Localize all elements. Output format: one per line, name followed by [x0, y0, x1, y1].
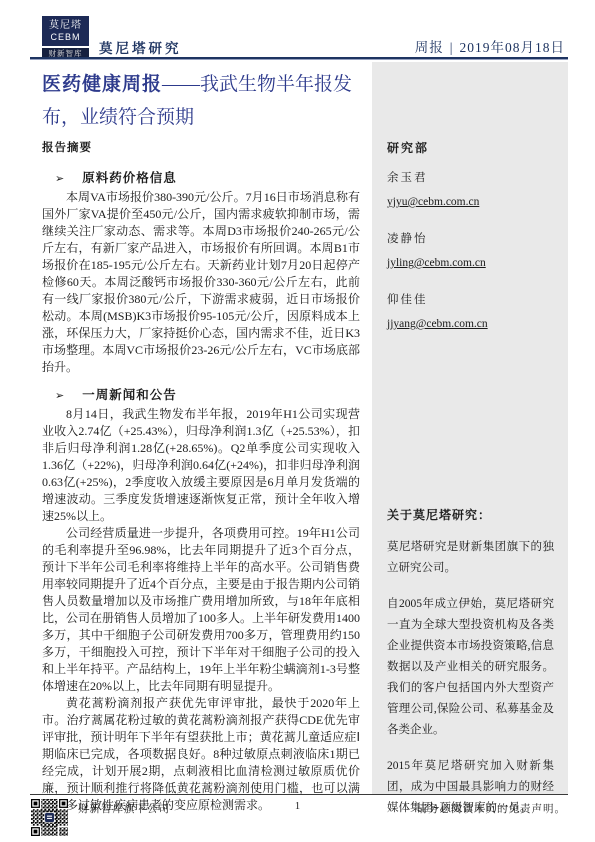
analyst-name: 仰佳佳: [387, 291, 554, 307]
arrow-bullet-icon: ➢: [55, 172, 65, 185]
arrow-bullet-icon: ➢: [55, 389, 65, 402]
page-title-main: 医药健康周报: [42, 74, 162, 95]
footer-disclaimer: 请务必阅读末页的免责声明。: [417, 801, 567, 816]
info-sidebar: 研究部 余玉君 yjyu@cebm.com.cn 凌静怡 jyling@cebm…: [372, 62, 568, 794]
report-paragraph: 公司经营质量进一步提升，各项费用可控。19年H1公司的毛利率提升至96.98%，…: [42, 525, 360, 695]
analyst-email-link[interactable]: jyling@cebm.com.cn: [387, 257, 486, 269]
header-divider: [30, 57, 568, 60]
report-paragraph: 本周VA市场报价380-390元/公斤。7月16日市场消息称有国外厂家VA提价至…: [42, 189, 360, 376]
department-heading: 研究部: [387, 139, 554, 156]
section-title: 一周新闻和公告: [82, 385, 177, 403]
about-paragraph: 自2005年成立伊始，莫尼塔研究一直为全球大型投资机构及各类企业提供资本市场投资…: [387, 594, 554, 741]
logo-text-en: CEBM: [42, 32, 89, 43]
separator: |: [450, 40, 454, 55]
contact-card: 余玉君 yjyu@cebm.com.cn: [387, 169, 554, 210]
report-paragraph: 8月14日，我武生物发布半年报，2019年H1公司实现营业收入2.74亿（+25…: [42, 406, 360, 525]
analyst-name: 凌静怡: [387, 230, 554, 246]
analyst-email-link[interactable]: yjyu@cebm.com.cn: [387, 196, 479, 208]
report-paragraph: 黄花蒿粉滴剂报产获优先审评审批，最快于2020年上市。治疗蒿属花粉过敏的黄花蒿粉…: [42, 695, 360, 814]
report-page: 莫尼塔 CEBM 财新智库 莫尼塔研究 周报|2019年08月18日 医药健康周…: [0, 0, 595, 842]
report-meta: 周报|2019年08月18日: [415, 36, 565, 56]
logo-text-cn: 莫尼塔: [42, 20, 89, 32]
logo-mark: 莫尼塔 CEBM: [42, 16, 89, 46]
brand-name: 莫尼塔研究: [99, 37, 182, 57]
report-type: 周报: [415, 40, 444, 55]
section-heading-news: ➢ 一周新闻和公告: [42, 385, 360, 403]
analyst-email-link[interactable]: jjyang@cebm.com.cn: [387, 318, 488, 330]
page-title: 医药健康周报——我武生物半年报发布，业绩符合预期: [42, 68, 364, 134]
section-heading-prices: ➢ 原料药价格信息: [42, 168, 360, 186]
report-body: 报告摘要 ➢ 原料药价格信息 本周VA市场报价380-390元/公斤。7月16日…: [42, 139, 360, 814]
about-heading: 关于莫尼塔研究：: [387, 506, 554, 523]
report-date: 2019年08月18日: [460, 40, 566, 55]
about-paragraph: 莫尼塔研究是财新集团旗下的独立研究公司。: [387, 537, 554, 579]
contact-card: 仰佳佳 jjyang@cebm.com.cn: [387, 291, 554, 332]
analyst-name: 余玉君: [387, 169, 554, 185]
section-title: 原料药价格信息: [82, 168, 177, 186]
footer-divider: [30, 794, 568, 795]
company-logo: 莫尼塔 CEBM 财新智库: [42, 16, 89, 60]
contact-card: 凌静怡 jyling@cebm.com.cn: [387, 230, 554, 271]
summary-heading: 报告摘要: [42, 139, 360, 155]
